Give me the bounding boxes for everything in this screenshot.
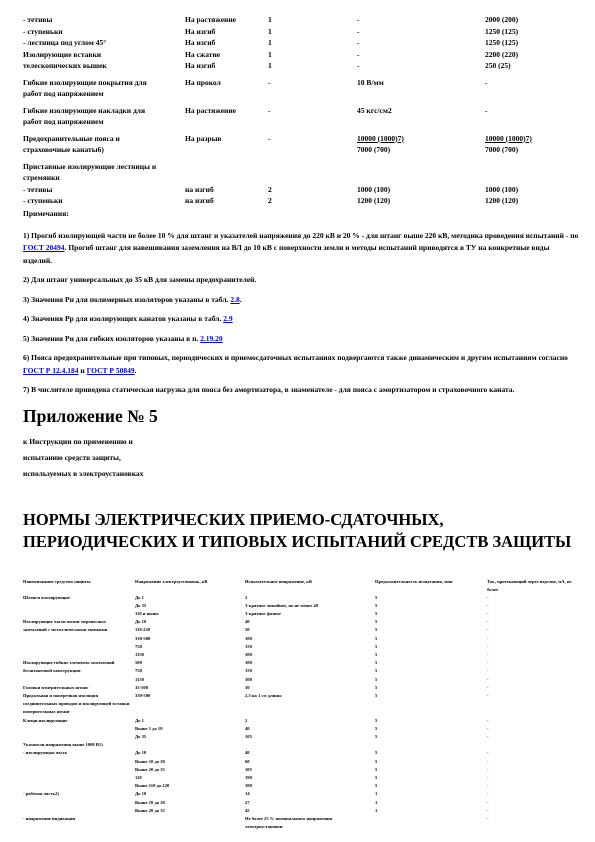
table-row: - тетивына изгиб21000 (100)1000 (100) xyxy=(23,184,579,196)
table-row: Продольная и поперечная изоляция соедини… xyxy=(23,692,579,717)
table-cell: До 1 xyxy=(135,594,245,602)
table-cell: - xyxy=(487,594,579,602)
table-cell: - xyxy=(487,790,579,798)
table-cell xyxy=(23,758,135,766)
table-cell: 5 xyxy=(375,610,487,618)
table-cell: 2 xyxy=(268,195,357,207)
table-cell: - xyxy=(357,26,485,38)
note-text: 2) Для штанг универсальных до 35 кВ для … xyxy=(23,275,256,284)
note-link[interactable]: 2.9 xyxy=(223,314,232,323)
table-cell: 5 xyxy=(375,692,487,717)
mechanical-test-table: - тетивыНа растяжение1-2000 (200)- ступе… xyxy=(23,14,579,207)
table-cell: До 10 xyxy=(135,749,245,757)
table-cell: - xyxy=(487,651,579,659)
table-cell: Головки измерительных штанг xyxy=(23,684,135,692)
table-cell: Выше 20 до 35 xyxy=(135,766,245,774)
table-cell: 100 xyxy=(245,635,375,643)
table-cell: - лестница под углом 45° xyxy=(23,37,185,49)
table-cell xyxy=(23,643,135,651)
notes-section: Примечания: 1) Прогиб изолирующей части … xyxy=(23,208,579,404)
table-cell: 1 xyxy=(268,49,357,61)
table-cell: 1 xyxy=(268,14,357,26)
table-row: - изолирующая частьДо 10405- xyxy=(23,749,579,757)
table-cell: - xyxy=(357,14,485,26)
table-cell: - xyxy=(487,626,579,634)
table-row: Выше 110 до 2203805- xyxy=(23,782,579,790)
table-cell: - xyxy=(487,667,579,675)
table-cell xyxy=(357,161,485,184)
table-cell: - xyxy=(487,733,579,741)
table-row: 330-5001005- xyxy=(23,635,579,643)
table-cell: - xyxy=(268,133,357,156)
table-cell: До 35 xyxy=(135,602,245,610)
table-cell: 5 xyxy=(375,618,487,626)
table-cell: Изолирующие гибкие элементы заземлений xyxy=(23,659,135,667)
table-cell: 330-500 xyxy=(135,692,245,717)
column-header: Ток, протекающий через изделие, мА, не б… xyxy=(487,578,579,594)
table-cell xyxy=(23,782,135,790)
table-cell: 60 xyxy=(245,758,375,766)
table-row: 1101905- xyxy=(23,774,579,782)
table-cell: 2,5 на 1 см длины xyxy=(245,692,375,717)
table-cell xyxy=(23,733,135,741)
table-cell: 5 xyxy=(375,651,487,659)
table-cell: 5 xyxy=(375,717,487,725)
table-cell: 150 xyxy=(245,643,375,651)
table-cell xyxy=(23,774,135,782)
table-cell: Приставные изолирующие лестницы и стремя… xyxy=(23,161,185,184)
table-cell: 3-кратное линейное, но не менее 40 xyxy=(245,602,375,610)
notes-list: 1) Прогиб изолирующей части не более 10 … xyxy=(23,230,579,397)
table-cell: - xyxy=(487,659,579,667)
note-text: . xyxy=(135,366,137,375)
table-cell: - xyxy=(487,610,579,618)
table-cell: 1250 (125) xyxy=(485,37,579,49)
table-cell xyxy=(23,799,135,807)
table-cell xyxy=(135,815,245,831)
table-cell: - xyxy=(487,807,579,815)
table-cell: 10 В/мм xyxy=(357,77,485,100)
note-item: 7) В числителе приведена статическая наг… xyxy=(23,384,579,397)
table-cell xyxy=(23,610,135,618)
table-cell: 5 xyxy=(375,749,487,757)
table-row: Приставные изолирующие лестницы и стремя… xyxy=(23,161,579,184)
table-cell: До 1 xyxy=(135,717,245,725)
table-cell: 5 xyxy=(375,626,487,634)
table-cell: - xyxy=(485,77,579,100)
note-link[interactable]: ГОСТ Р 12.4.184 xyxy=(23,366,79,375)
table-row: Указатели напряжения выше 1000 В1) xyxy=(23,741,579,749)
table-cell xyxy=(185,161,268,184)
note-item: 2) Для штанг универсальных до 35 кВ для … xyxy=(23,274,579,287)
table-cell: На изгиб xyxy=(185,26,268,38)
table-row: Выше 20 до 35451- xyxy=(23,807,579,815)
table-cell: 5 xyxy=(375,667,487,675)
note-text: 1) Прогиб изолирующей части не более 10 … xyxy=(23,231,578,240)
table-cell: 45 xyxy=(245,807,375,815)
table-cell: 3-кратное фазное xyxy=(245,610,375,618)
table-cell: Предохранительные пояса и страховочные к… xyxy=(23,133,185,156)
column-header: Испытательное напряжение, кВ xyxy=(245,578,375,594)
table-row: 7501505- xyxy=(23,643,579,651)
document-page: - тетивыНа растяжение1-2000 (200)- ступе… xyxy=(0,0,595,842)
appendix-subtitle-line: испытанию средств защиты, xyxy=(23,453,579,462)
note-link[interactable]: 2.19.20 xyxy=(200,334,223,343)
table-row: Выше 10 до 20605- xyxy=(23,758,579,766)
table-cell: На изгиб xyxy=(185,37,268,49)
table-cell: 1000 (100) xyxy=(485,184,579,196)
table-cell: Выше 20 до 35 xyxy=(135,807,245,815)
table-cell: До 10 xyxy=(135,790,245,798)
table-cell: 5 xyxy=(375,758,487,766)
table-cell: 750 xyxy=(135,667,245,675)
table-cell: телескопических вышек xyxy=(23,60,185,72)
table-cell: - xyxy=(487,766,579,774)
table-cell: 40 xyxy=(245,725,375,733)
appendix-title: Приложение № 5 xyxy=(23,406,579,427)
table-cell: 1250 (125) xyxy=(485,26,579,38)
table-cell: 5 xyxy=(375,774,487,782)
table-row: 110 и выше3-кратное фазное5- xyxy=(23,610,579,618)
table-cell: 5 xyxy=(375,766,487,774)
column-header: Продолжительность испытания, мин xyxy=(375,578,487,594)
table-cell: Выше 10 до 20 xyxy=(135,758,245,766)
table-row: Изолирующие части штанг переносныхДо 104… xyxy=(23,618,579,626)
table-cell: 30 xyxy=(245,684,375,692)
table-cell: - xyxy=(487,643,579,651)
table-cell: 105 xyxy=(245,733,375,741)
table-cell: - изолирующая часть xyxy=(23,749,135,757)
table-cell: 300 xyxy=(245,651,375,659)
table-cell: 1200 (120) xyxy=(485,195,579,207)
table-row: До 351055- xyxy=(23,733,579,741)
table-cell-line: 7000 (700) xyxy=(485,144,575,156)
note-link[interactable]: ГОСТ 20494 xyxy=(23,243,65,252)
table-cell xyxy=(268,161,357,184)
table-cell: - xyxy=(487,684,579,692)
table-row: заземлений с металлическими звеньями110-… xyxy=(23,626,579,634)
table-cell: Не более 25 % номинального напряжения эл… xyxy=(245,815,375,831)
table-cell: 1 xyxy=(268,37,357,49)
table-cell: - xyxy=(487,602,579,610)
table-cell: 40 xyxy=(245,618,375,626)
table-row: Гибкие изолирующие покрытия для работ по… xyxy=(23,77,579,100)
table-cell: 2 xyxy=(268,184,357,196)
table-cell: - xyxy=(268,105,357,128)
table-header-row: Наименование средства защитыНапряжение э… xyxy=(23,578,579,594)
table-row: Изолирующие гибкие элементы заземлений50… xyxy=(23,659,579,667)
table-cell xyxy=(23,807,135,815)
table-cell: 27 xyxy=(245,799,375,807)
table-cell-line: 7000 (700) xyxy=(357,144,481,156)
table-cell: 5 xyxy=(375,594,487,602)
note-text: 7) В числителе приведена статическая наг… xyxy=(23,385,514,394)
table-cell: 1 xyxy=(375,799,487,807)
table-cell: 100 xyxy=(245,659,375,667)
table-cell-line: 10000 (1000)7) xyxy=(357,133,481,145)
table-cell: 5 xyxy=(375,635,487,643)
table-cell: 500 xyxy=(135,659,245,667)
table-cell: - xyxy=(487,799,579,807)
note-link[interactable]: 2.8 xyxy=(230,295,239,304)
table-cell: 2000 (200) xyxy=(485,14,579,26)
table-cell: 40 xyxy=(245,749,375,757)
electrical-test-table: Наименование средства защитыНапряжение э… xyxy=(23,578,579,831)
appendix-subtitle-line: к Инструкции по применению и xyxy=(23,437,579,446)
table-cell: На растяжение xyxy=(185,14,268,26)
table-cell: До 10 xyxy=(135,618,245,626)
table-cell: - xyxy=(487,618,579,626)
table-cell: На разрыв xyxy=(185,133,268,156)
table-cell: 5 xyxy=(375,676,487,684)
table-cell: - xyxy=(487,725,579,733)
table-cell: - xyxy=(357,37,485,49)
table-cell: Выше 10 до 20 xyxy=(135,799,245,807)
table-row: Штанги изолирующиеДо 125- xyxy=(23,594,579,602)
table-cell: 45 кгс/см2 xyxy=(357,105,485,128)
table-cell: - тетивы xyxy=(23,184,185,196)
appendix-subtitle-line: используемых в электроустановках xyxy=(23,469,579,478)
table-row: - напряжение индикацииНе более 25 % номи… xyxy=(23,815,579,831)
table-cell: - xyxy=(487,692,579,717)
table-cell: - xyxy=(487,774,579,782)
table-cell: 5 xyxy=(375,733,487,741)
table-row: Клещи изолирующиеДо 125- xyxy=(23,717,579,725)
table-cell: 380 xyxy=(245,782,375,790)
table-row: Гибкие изолирующие накладки для работ по… xyxy=(23,105,579,128)
table-row: Предохранительные пояса и страховочные к… xyxy=(23,133,579,156)
note-text: и xyxy=(79,366,87,375)
table-cell xyxy=(23,635,135,643)
table-cell: 1150 xyxy=(135,676,245,684)
table-cell: - ступеньки xyxy=(23,26,185,38)
table-cell: 105 xyxy=(245,766,375,774)
table-cell: На прокол xyxy=(185,77,268,100)
table-row: бесштанговой конструкции7501505- xyxy=(23,667,579,675)
table-cell: - тетивы xyxy=(23,14,185,26)
table-cell: 5 xyxy=(375,684,487,692)
table-row: Изолирующие вставкиНа сжатие1-2200 (220) xyxy=(23,49,579,61)
note-item: 3) Значения Рн для полимерных изоляторов… xyxy=(23,294,579,307)
appendix-section: Приложение № 5 к Инструкции по применени… xyxy=(23,406,579,485)
table-cell: 5 xyxy=(375,725,487,733)
table-cell: - рабочая часть2) xyxy=(23,790,135,798)
table-cell: 1200 (120) xyxy=(357,195,485,207)
table-row: Выше 20 до 351055- xyxy=(23,766,579,774)
table-cell: - xyxy=(268,77,357,100)
table-cell: 10000 (1000)7)7000 (700) xyxy=(357,133,485,156)
note-item: 6) Пояса предохранительные при типовых, … xyxy=(23,352,579,377)
table-row: - тетивыНа растяжение1-2000 (200) xyxy=(23,14,579,26)
table-cell: 14 xyxy=(245,790,375,798)
table-cell xyxy=(23,651,135,659)
table-cell: 5 xyxy=(375,643,487,651)
table-cell: На изгиб xyxy=(185,60,268,72)
table-cell: - напряжение индикации xyxy=(23,815,135,831)
note-text: 6) Пояса предохранительные при типовых, … xyxy=(23,353,568,362)
table-cell: Указатели напряжения выше 1000 В1) xyxy=(23,741,135,749)
table-cell: заземлений с металлическими звеньями xyxy=(23,626,135,634)
table-row: 11503005- xyxy=(23,676,579,684)
table-cell: - ступеньки xyxy=(23,195,185,207)
note-item: 1) Прогиб изолирующей части не более 10 … xyxy=(23,230,579,268)
table-cell: Клещи изолирующие xyxy=(23,717,135,725)
note-item: 5) Значения Рн для гибких изоляторов ука… xyxy=(23,333,579,346)
note-text: . xyxy=(240,295,242,304)
note-text: 4) Значения Рр для изолирующих канатов у… xyxy=(23,314,223,323)
note-text: 3) Значения Рн для полимерных изоляторов… xyxy=(23,295,230,304)
table-row: телескопических вышекНа изгиб1-250 (25) xyxy=(23,60,579,72)
table-row: - лестница под углом 45°На изгиб1-1250 (… xyxy=(23,37,579,49)
column-header: Напряжение электроустановок, кВ xyxy=(135,578,245,594)
table-cell: 250 (25) xyxy=(485,60,579,72)
table-cell: на изгиб xyxy=(185,184,268,196)
table-cell: - xyxy=(487,782,579,790)
table-row: 11503005- xyxy=(23,651,579,659)
table-cell: бесштанговой конструкции xyxy=(23,667,135,675)
table-cell xyxy=(487,741,579,749)
table-cell: 10000 (1000)7)7000 (700) xyxy=(485,133,579,156)
table-cell: 1 xyxy=(375,790,487,798)
table-cell xyxy=(23,676,135,684)
table-cell: Выше 110 до 220 xyxy=(135,782,245,790)
page-title: НОРМЫ ЭЛЕКТРИЧЕСКИХ ПРИЕМО-СДАТОЧНЫХ, ПЕ… xyxy=(23,509,579,553)
table-cell: 35-500 xyxy=(135,684,245,692)
table-cell: 150 xyxy=(245,667,375,675)
table-cell: Штанги изолирующие xyxy=(23,594,135,602)
table-cell xyxy=(375,815,487,831)
table-cell: 300 xyxy=(245,676,375,684)
table-cell: 5 xyxy=(375,602,487,610)
table-cell: 1 xyxy=(268,60,357,72)
table-cell: 1 xyxy=(375,807,487,815)
table-cell: 5 xyxy=(375,659,487,667)
table-cell: Продольная и поперечная изоляция соедини… xyxy=(23,692,135,717)
table-cell: 110 и выше xyxy=(135,610,245,618)
table-cell: Гибкие изолирующие покрытия для работ по… xyxy=(23,77,185,100)
table-cell: 330-500 xyxy=(135,635,245,643)
table-cell: - xyxy=(487,749,579,757)
table-cell xyxy=(245,741,375,749)
table-cell: 2200 (220) xyxy=(485,49,579,61)
table-cell: Изолирующие части штанг переносных xyxy=(23,618,135,626)
table-cell xyxy=(485,161,579,184)
table-cell: - xyxy=(487,815,579,831)
table-cell: - xyxy=(487,676,579,684)
table-row: Выше 1 до 10405- xyxy=(23,725,579,733)
table-cell xyxy=(23,766,135,774)
table-cell: - xyxy=(487,758,579,766)
table-cell: 50 xyxy=(245,626,375,634)
table-cell: 5 xyxy=(375,782,487,790)
table-row: - рабочая часть2)До 10141- xyxy=(23,790,579,798)
notes-title: Примечания: xyxy=(23,208,579,221)
note-text: 5) Значения Рн для гибких изоляторов ука… xyxy=(23,334,200,343)
table-row: Выше 10 до 20271- xyxy=(23,799,579,807)
table-cell: 1150 xyxy=(135,651,245,659)
note-text: . Прогиб штанг для навешивания заземлени… xyxy=(23,243,549,265)
table-row: До 353-кратное линейное, но не менее 405… xyxy=(23,602,579,610)
table-cell: На сжатие xyxy=(185,49,268,61)
table-cell: До 35 xyxy=(135,733,245,741)
table-cell xyxy=(375,741,487,749)
table-cell: 1 xyxy=(268,26,357,38)
table-cell: Изолирующие вставки xyxy=(23,49,185,61)
table-cell: 110 xyxy=(135,774,245,782)
table-cell xyxy=(135,741,245,749)
note-item: 4) Значения Рр для изолирующих канатов у… xyxy=(23,313,579,326)
table-cell xyxy=(23,602,135,610)
table-cell: на изгиб xyxy=(185,195,268,207)
table-cell: 1000 (100) xyxy=(357,184,485,196)
table-cell: 2 xyxy=(245,717,375,725)
table-cell: 110-220 xyxy=(135,626,245,634)
table-cell: 750 xyxy=(135,643,245,651)
table-cell: - xyxy=(357,49,485,61)
table-cell: Выше 1 до 10 xyxy=(135,725,245,733)
table-cell xyxy=(23,725,135,733)
table-cell: - xyxy=(487,717,579,725)
table-row: Головки измерительных штанг35-500305- xyxy=(23,684,579,692)
table-cell: - xyxy=(485,105,579,128)
column-header: Наименование средства защиты xyxy=(23,578,135,594)
table-cell: 2 xyxy=(245,594,375,602)
table-cell: На растяжение xyxy=(185,105,268,128)
table-cell: - xyxy=(357,60,485,72)
note-link[interactable]: ГОСТ Р 50849 xyxy=(87,366,135,375)
table-row: - ступенькиНа изгиб1-1250 (125) xyxy=(23,26,579,38)
table-cell-line: 10000 (1000)7) xyxy=(485,133,575,145)
table-cell: 190 xyxy=(245,774,375,782)
table-row: - ступенькина изгиб21200 (120)1200 (120) xyxy=(23,195,579,207)
table-cell: - xyxy=(487,635,579,643)
table-cell: Гибкие изолирующие накладки для работ по… xyxy=(23,105,185,128)
